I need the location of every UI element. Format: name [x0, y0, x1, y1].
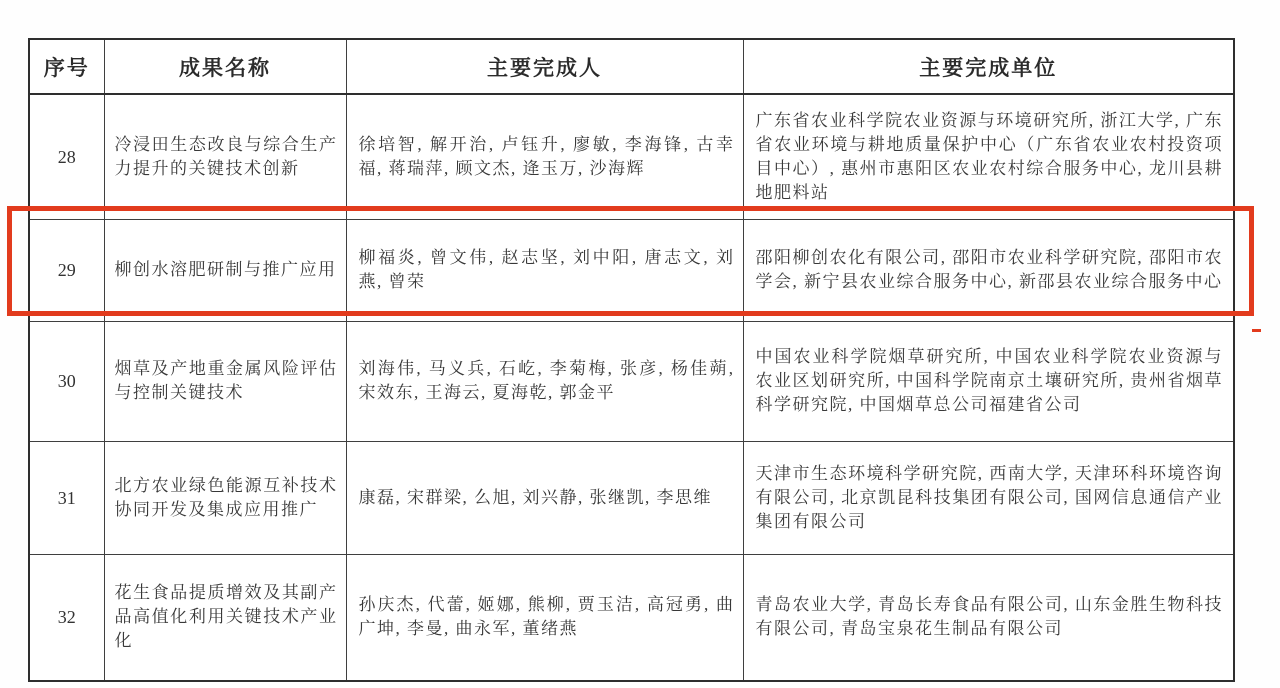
cell-achievement-name: 烟草及产地重金属风险评估与控制关键技术: [104, 321, 346, 441]
table-header-row: 序号 成果名称 主要完成人 主要完成单位: [29, 39, 1234, 94]
cell-main-units: 中国农业科学院烟草研究所, 中国农业科学院农业资源与农业区划研究所, 中国科学院…: [743, 321, 1234, 441]
table-row: 32 花生食品提质增效及其副产品高值化利用关键技术产业化 孙庆杰, 代蕾, 姬娜…: [29, 554, 1234, 681]
cell-main-units: 青岛农业大学, 青岛长寿食品有限公司, 山东金胜生物科技有限公司, 青岛宝泉花生…: [743, 554, 1234, 681]
header-main-units: 主要完成单位: [743, 39, 1234, 94]
cell-serial-number: 29: [29, 219, 104, 321]
cell-main-contributors: 柳福炎, 曾文伟, 赵志坚, 刘中阳, 唐志文, 刘燕, 曾荣: [346, 219, 743, 321]
cell-achievement-name: 北方农业绿色能源互补技术协同开发及集成应用推广: [104, 441, 346, 554]
cell-serial-number: 28: [29, 94, 104, 219]
cell-serial-number: 32: [29, 554, 104, 681]
results-table: 序号 成果名称 主要完成人 主要完成单位 28 冷浸田生态改良与综合生产力提升的…: [28, 38, 1235, 682]
header-achievement-name: 成果名称: [104, 39, 346, 94]
cell-serial-number: 30: [29, 321, 104, 441]
cell-achievement-name: 花生食品提质增效及其副产品高值化利用关键技术产业化: [104, 554, 346, 681]
cell-main-contributors: 徐培智, 解开治, 卢钰升, 廖敏, 李海锋, 古幸福, 蒋瑞萍, 顾文杰, 逄…: [346, 94, 743, 219]
cell-main-contributors: 刘海伟, 马义兵, 石屹, 李菊梅, 张彦, 杨佳蒴, 宋效东, 王海云, 夏海…: [346, 321, 743, 441]
cell-achievement-name: 冷浸田生态改良与综合生产力提升的关键技术创新: [104, 94, 346, 219]
table-row: 31 北方农业绿色能源互补技术协同开发及集成应用推广 康磊, 宋群梁, 么旭, …: [29, 441, 1234, 554]
document-page: 序号 成果名称 主要完成人 主要完成单位 28 冷浸田生态改良与综合生产力提升的…: [0, 0, 1280, 688]
red-dash-mark: [1252, 329, 1261, 332]
header-main-contributors: 主要完成人: [346, 39, 743, 94]
cell-main-contributors: 康磊, 宋群梁, 么旭, 刘兴静, 张继凯, 李思维: [346, 441, 743, 554]
table-row: 28 冷浸田生态改良与综合生产力提升的关键技术创新 徐培智, 解开治, 卢钰升,…: [29, 94, 1234, 219]
cell-serial-number: 31: [29, 441, 104, 554]
table-row-highlighted: 29 柳创水溶肥研制与推广应用 柳福炎, 曾文伟, 赵志坚, 刘中阳, 唐志文,…: [29, 219, 1234, 321]
cell-main-units: 天津市生态环境科学研究院, 西南大学, 天津环科环境咨询有限公司, 北京凯昆科技…: [743, 441, 1234, 554]
table-row: 30 烟草及产地重金属风险评估与控制关键技术 刘海伟, 马义兵, 石屹, 李菊梅…: [29, 321, 1234, 441]
header-serial-number: 序号: [29, 39, 104, 94]
cell-main-contributors: 孙庆杰, 代蕾, 姬娜, 熊柳, 贾玉洁, 高冠勇, 曲广坤, 李曼, 曲永军,…: [346, 554, 743, 681]
cell-main-units: 广东省农业科学院农业资源与环境研究所, 浙江大学, 广东省农业环境与耕地质量保护…: [743, 94, 1234, 219]
cell-achievement-name: 柳创水溶肥研制与推广应用: [104, 219, 346, 321]
cell-main-units: 邵阳柳创农化有限公司, 邵阳市农业科学研究院, 邵阳市农学会, 新宁县农业综合服…: [743, 219, 1234, 321]
